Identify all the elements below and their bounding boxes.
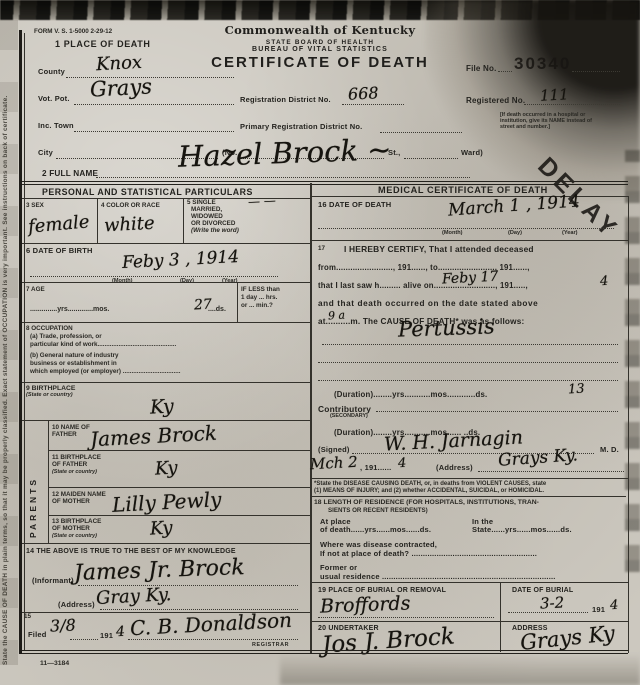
race-label: 4 COLOR OR RACE — [101, 202, 160, 209]
county-label: County — [38, 67, 65, 76]
line — [48, 487, 310, 488]
file-no-leader — [498, 71, 512, 72]
filler-leader-2 — [318, 380, 618, 381]
line — [22, 322, 310, 323]
dob-value: Feby 3 , 1914 — [122, 247, 240, 273]
occupation-b2: business or establishment in — [30, 360, 117, 367]
mother-birthplace-value: Ky — [149, 517, 173, 539]
duration-primary: (Duration)........yrs...........mos.....… — [334, 390, 487, 399]
birthplace-label: 9 BIRTHPLACE — [26, 385, 75, 392]
line — [22, 420, 310, 421]
cell-divider — [237, 282, 238, 322]
death-time-value: 9 a — [328, 309, 346, 323]
dod-label: 16 DATE OF DEATH — [318, 200, 391, 209]
certificate-title: CERTIFICATE OF DEATH — [170, 54, 470, 71]
if-less-3: or ... min.? — [241, 302, 273, 309]
last-saw-date-value: Feby 17 — [442, 269, 499, 288]
occupation-a2: particular kind of work.................… — [30, 341, 176, 348]
former-label-2: usual residence ........................… — [320, 572, 556, 581]
death-certificate-scan: State the CAUSE OF DEATH in plain terms,… — [0, 0, 640, 685]
sex-label: 3 SEX — [26, 202, 44, 209]
mother-birthplace-note: (State or country) — [52, 533, 97, 539]
md-label: M. D. — [600, 445, 619, 454]
commonwealth-line: Commonwealth of Kentucky — [170, 23, 470, 37]
inc-town-leader — [74, 131, 234, 132]
full-name-value: Hazel Brock ~ — [177, 132, 392, 173]
father-birthplace-note: (State or country) — [52, 469, 97, 475]
filler-leader-1 — [318, 362, 618, 363]
filed-no: 15 — [24, 613, 31, 620]
race-value: white — [103, 213, 155, 237]
dod-day-label: (Day) — [508, 230, 522, 236]
contributory-leader — [376, 411, 618, 412]
burial-year-print: 191 — [592, 605, 605, 614]
medical-heading: MEDICAL CERTIFICATE OF DEATH — [378, 185, 548, 195]
burial-date-label: DATE OF BURIAL — [512, 587, 573, 594]
in-state-label-2: State......yrs......mos......ds. — [472, 525, 572, 534]
cell-divider — [183, 198, 184, 243]
age-label: 7 AGE — [26, 286, 45, 293]
marital-note: (Write the word) — [191, 227, 239, 234]
filed-year-print: 191 — [100, 631, 113, 640]
file-no-value: 30340 — [514, 54, 571, 74]
sign-year-value: 4 — [398, 456, 407, 471]
line — [22, 282, 310, 283]
precinct-leader — [74, 104, 234, 105]
line — [310, 478, 628, 479]
bureau-line: BUREAU OF VITAL STATISTICS — [170, 46, 470, 53]
dod-month-label: (Month) — [442, 230, 463, 236]
marital-value: — — — [248, 193, 277, 208]
filed-year-value: 4 — [116, 624, 126, 640]
burial-date-value: 3-2 — [540, 593, 565, 612]
informant-address-value: Gray Ky. — [96, 584, 172, 609]
informant-address-label: (Address) — [58, 600, 95, 609]
birthplace-note: (State or country) — [26, 392, 73, 398]
footnote-underline — [312, 496, 626, 497]
age-units: ..............yrs.............mos. — [30, 306, 109, 313]
left-border-thick — [19, 30, 22, 654]
registered-no-value: 111 — [540, 85, 570, 104]
if-less-1: IF LESS than — [241, 286, 280, 293]
certificate-header: Commonwealth of Kentucky STATE BOARD OF … — [170, 23, 470, 71]
occupation-b3: which employed (or employer) ...........… — [30, 368, 180, 375]
sign-address-label: (Address) — [436, 463, 473, 472]
informant-label: (Informant) — [32, 576, 74, 585]
father-birthplace-value: Ky — [154, 457, 178, 479]
parents-group-label: PARENTS — [28, 438, 38, 538]
margin-instruction-note: State the CAUSE OF DEATH in plain terms,… — [2, 205, 9, 665]
parents-strip-divider — [48, 420, 49, 543]
registration-district-label: Registration District No. — [240, 95, 331, 104]
sign-address-leader — [478, 471, 624, 472]
line — [310, 196, 628, 197]
filed-label: Filed — [28, 630, 47, 639]
burial-year-value: 4 — [610, 598, 619, 613]
cause-footnote-1: *State the DISEASE CAUSING DEATH, or, in… — [314, 481, 546, 487]
city-st-leader — [404, 158, 458, 159]
precinct-label: Vot. Pot. — [38, 94, 70, 103]
contracted-label-1: Where was disease contracted, — [320, 540, 437, 549]
sign-address-value: Grays Ky. — [497, 445, 578, 471]
marital-label-2: MARRIED, — [191, 206, 222, 213]
registration-district-value: 668 — [348, 83, 379, 104]
certify-no: 17 — [318, 245, 325, 252]
left-border-thin — [24, 33, 25, 651]
filed-date-value: 3/8 — [50, 615, 77, 635]
at-place-label-2: of death......yrs......mos......ds. — [320, 525, 431, 534]
full-name-leader — [96, 177, 470, 178]
former-label-1: Former or — [320, 563, 357, 572]
line — [22, 543, 310, 544]
informant-value: James Jr. Brock — [74, 555, 245, 586]
sign-date-value: Mch 2 — [310, 453, 359, 473]
line — [22, 382, 310, 383]
contributory-note: (SECONDARY) — [330, 413, 368, 419]
occupation-b1: (b) General nature of industry — [30, 352, 119, 359]
birthplace-value: Ky — [149, 395, 174, 418]
scan-top-band — [0, 0, 640, 20]
registered-no-label: Registered No. — [466, 96, 525, 105]
form-number: FORM V. S. 1-5000 2-29-12 — [34, 28, 112, 35]
dob-label: 6 DATE OF BIRTH — [26, 246, 93, 255]
hospital-note: [If death occurred in a hospital or inst… — [500, 112, 598, 131]
mother-birthplace-label: 13 BIRTHPLACE OF MOTHER — [52, 518, 110, 532]
if-less-2: 1 day ... hrs. — [241, 294, 277, 301]
city-label: City — [38, 148, 53, 157]
county-value: Knox — [95, 52, 142, 75]
inc-town-label: Inc. Town — [38, 121, 74, 130]
age-ds: ....ds. — [208, 306, 226, 313]
duration-days-value: 13 — [568, 382, 585, 398]
line — [48, 450, 310, 451]
certify-line: I HEREBY CERTIFY, That I attended deceas… — [344, 244, 534, 254]
registration-district-leader — [342, 104, 404, 105]
filed-leader — [70, 639, 98, 640]
burial-place-value: Broffords — [320, 592, 411, 617]
city-ward-label: Ward) — [461, 148, 483, 157]
line — [310, 240, 628, 241]
plate-number: 11—3184 — [40, 660, 69, 667]
cause-leader — [322, 344, 618, 345]
burial-place-leader — [318, 617, 494, 618]
registered-no-leader — [524, 104, 620, 105]
cause-of-death-value: Pertussis — [398, 314, 495, 341]
marital-label-1: 5 SINGLE — [187, 199, 216, 206]
mother-name-label: 12 MAIDEN NAME OF MOTHER — [52, 491, 110, 505]
marital-label-3: WIDOWED — [191, 213, 223, 220]
cause-footnote-2: (1) MEANS OF INJURY; and (2) whether ACC… — [314, 488, 544, 494]
occupation-label: 8 OCCUPATION — [26, 325, 73, 332]
contracted-label-2: If not at place of death? ..............… — [320, 549, 537, 558]
file-no-leader2 — [572, 71, 620, 72]
line — [22, 243, 310, 244]
line — [310, 582, 628, 583]
sex-value: female — [27, 211, 90, 237]
right-bottom-double-rule — [310, 650, 628, 654]
sign-year-print: , 191...... — [360, 463, 391, 472]
certify-occurred-line: and that death occurred on the date stat… — [318, 299, 538, 308]
board-line: STATE BOARD OF HEALTH — [170, 39, 470, 46]
burial-date-leader — [508, 612, 588, 613]
dod-leader — [318, 228, 614, 229]
attest-label: 14 THE ABOVE IS TRUE TO THE BEST OF MY K… — [26, 548, 236, 555]
last-saw-year-value: 4 — [600, 274, 609, 289]
informant-leader — [78, 585, 298, 586]
father-name-value: James Brock — [89, 421, 217, 452]
mother-name-value: Lilly Pewly — [111, 487, 221, 517]
burial-column-divider — [500, 582, 501, 652]
occupation-a1: (a) Trade, profession, or — [30, 333, 102, 340]
full-name-label: 2 FULL NAME — [42, 169, 98, 178]
father-birthplace-label: 11 BIRTHPLACE OF FATHER — [52, 454, 110, 468]
precinct-value: Grays — [89, 74, 152, 101]
primary-district-leader — [380, 132, 462, 133]
dob-leader — [30, 276, 278, 277]
place-of-death-heading: 1 PLACE OF DEATH — [55, 39, 150, 49]
residence-label-2: SIENTS OR RECENT RESIDENTS) — [328, 507, 428, 514]
marital-label-4: OR DIVORCED — [191, 220, 235, 227]
registrar-label: REGISTRAR — [252, 642, 289, 648]
right-border — [628, 196, 629, 653]
dod-year-label: (Year) — [562, 230, 578, 236]
left-bottom-double-rule — [22, 650, 310, 654]
registrar-leader — [128, 639, 298, 640]
file-no-label: File No. — [466, 64, 497, 73]
personal-heading: PERSONAL AND STATISTICAL PARTICULARS — [42, 187, 253, 197]
primary-district-label: Primary Registration District No. — [240, 122, 362, 131]
cell-divider — [97, 198, 98, 243]
line — [48, 515, 310, 516]
residence-label-1: 18 LENGTH OF RESIDENCE (FOR HOSPITALS, I… — [314, 499, 539, 506]
line — [310, 621, 628, 622]
